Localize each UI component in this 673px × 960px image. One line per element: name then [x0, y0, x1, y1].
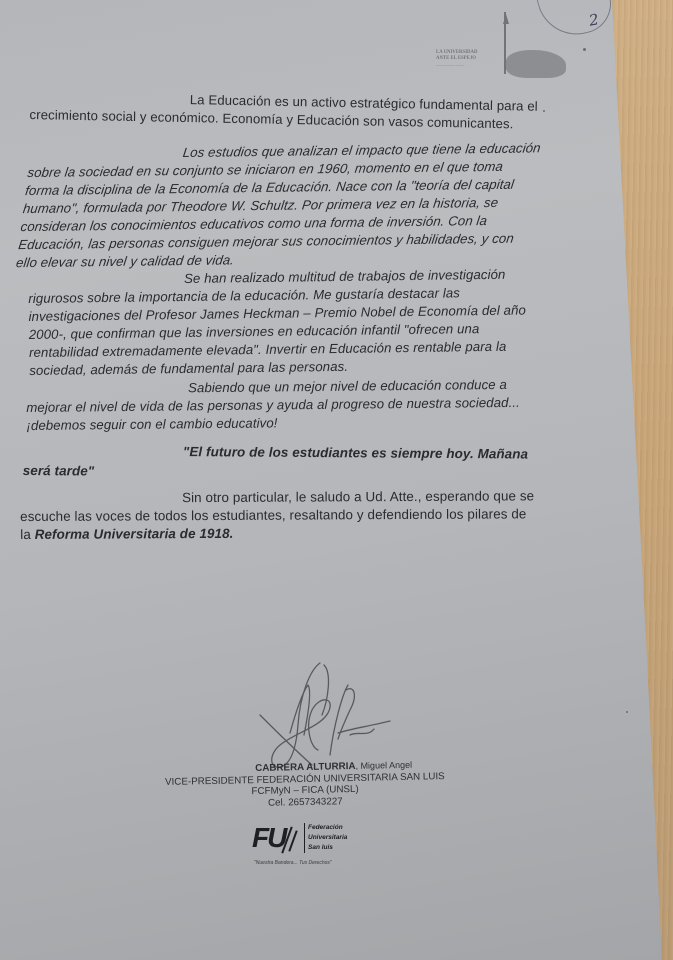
closing-quote: "El futuro de los estudiantes es siempre…: [23, 441, 568, 485]
fu-name: Federación Universitaria San luis: [304, 823, 347, 853]
logo-text: LA UNIVERSIDAD ANTE EL ESPEJO ——— ——— ——…: [436, 50, 477, 68]
paragraph-1: La Educación es un activo estratégico fu…: [29, 88, 555, 134]
paragraph-3: Se han realizado multitud de trabajos de…: [28, 265, 559, 380]
speck: [626, 711, 628, 713]
fu-mark: FU: [252, 822, 285, 854]
paragraph-2: Los estudios que analizan el impacto que…: [15, 139, 559, 272]
paragraph-4: Sabiendo que un mejor nivel de educación…: [26, 375, 562, 435]
speck: [583, 48, 586, 51]
fu-tagline: "Nuestra Bandera... Tus Derechos": [254, 860, 332, 866]
handwritten-signature: [250, 655, 400, 775]
reforma-emphasis: Reforma Universitaria de 1918.: [35, 526, 234, 542]
bear-icon: [506, 50, 566, 78]
signature-block: CABRERA ALTURRIA, Miguel Angel VICE-PRES…: [150, 759, 461, 811]
signer-given-name: , Miguel Angel: [355, 760, 412, 771]
letter-document: LA UNIVERSIDAD ANTE EL ESPEJO ——— ——— ——…: [0, 0, 673, 960]
flag-icon: [503, 14, 509, 24]
signer-surname: CABRERA ALTURRIA: [255, 761, 356, 774]
fu-logo: FU Federación Universitaria San luis "Nu…: [252, 822, 362, 872]
university-logo: LA UNIVERSIDAD ANTE EL ESPEJO ——— ——— ——…: [436, 10, 556, 80]
closing-paragraph: Sin otro particular, le saludo a Ud. Att…: [20, 487, 570, 544]
